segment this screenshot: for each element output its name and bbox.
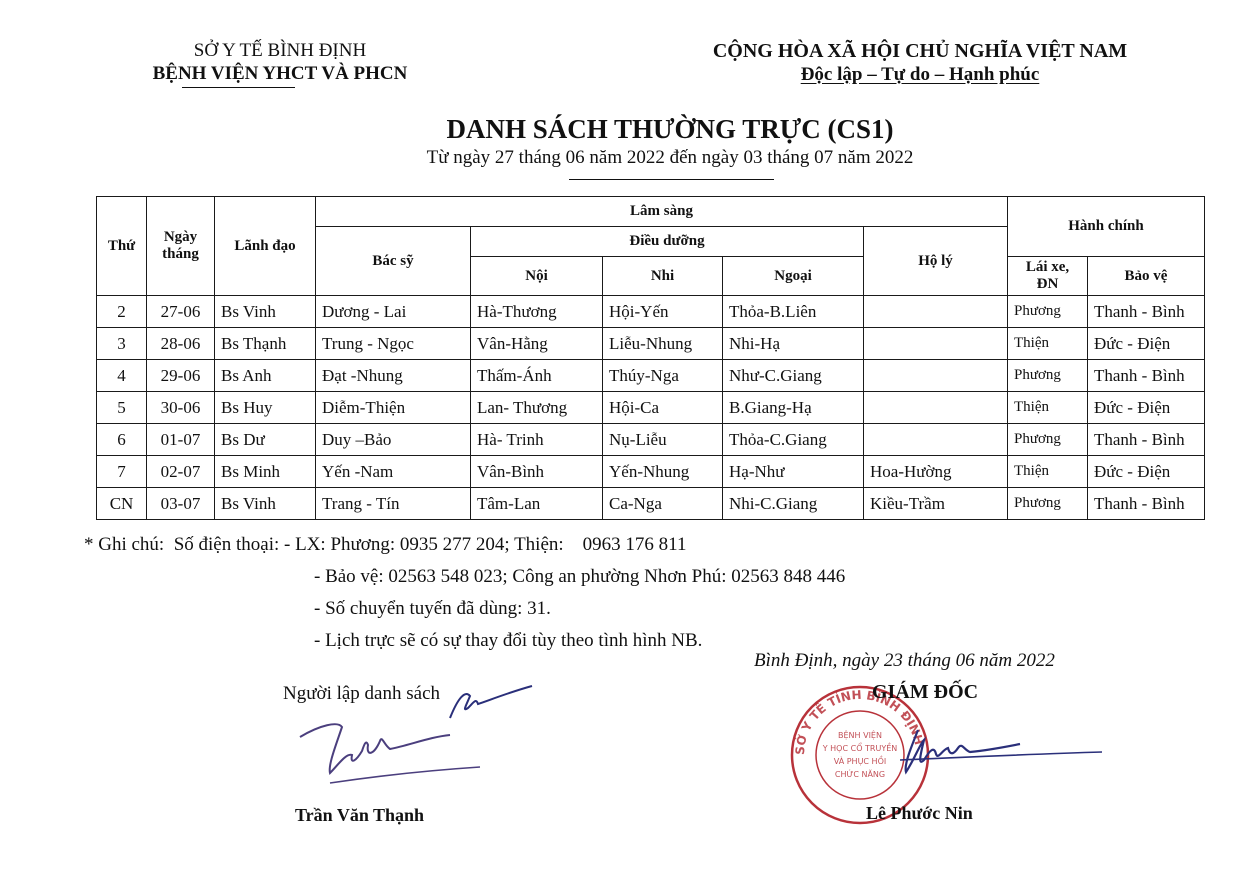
cell-driver: Thiện: [1008, 392, 1088, 424]
title-divider: [569, 179, 774, 180]
cell-driver: Phương: [1008, 296, 1088, 328]
cell-internal: Vân-Bình: [471, 456, 603, 488]
cell-doctor: Đạt -Nhung: [316, 360, 471, 392]
header-driver: Lái xe, ĐN: [1008, 257, 1088, 296]
header-admin: Hành chính: [1008, 197, 1205, 257]
cell-date: 30-06: [147, 392, 215, 424]
notes-section: * Ghi chú: Số điện thoại: - LX: Phương: …: [84, 529, 845, 657]
cell-orderly: [864, 296, 1008, 328]
table-row: 429-06Bs AnhĐạt -NhungThấm-ÁnhThúy-NgaNh…: [97, 360, 1205, 392]
svg-text:CHỨC NĂNG: CHỨC NĂNG: [835, 768, 885, 779]
cell-day: 6: [97, 424, 147, 456]
cell-orderly: [864, 392, 1008, 424]
cell-date: 28-06: [147, 328, 215, 360]
cell-pediatric: Yến-Nhung: [603, 456, 723, 488]
cell-day: CN: [97, 488, 147, 520]
cell-internal: Lan- Thương: [471, 392, 603, 424]
cell-surgical: B.Giang-Hạ: [723, 392, 864, 424]
cell-driver: Phương: [1008, 360, 1088, 392]
cell-doctor: Yến -Nam: [316, 456, 471, 488]
note-schedule-change: - Lịch trực sẽ có sự thay đổi tùy theo t…: [84, 625, 845, 657]
hospital-name: BỆNH VIỆN YHCT VÀ PHCN: [80, 62, 480, 86]
svg-text:VÀ PHỤC HỒI: VÀ PHỤC HỒI: [834, 754, 886, 766]
country-name: CỘNG HÒA XÃ HỘI CHỦ NGHĨA VIỆT NAM: [680, 40, 1160, 63]
director-signature-icon: [890, 720, 1120, 790]
cell-date: 02-07: [147, 456, 215, 488]
director-title: GIÁM ĐỐC: [872, 681, 978, 704]
national-header: CỘNG HÒA XÃ HỘI CHỦ NGHĨA VIỆT NAM Độc l…: [680, 40, 1160, 87]
table-row: 601-07Bs DưDuy –BảoHà- TrinhNụ-LiễuThỏa-…: [97, 424, 1205, 456]
agency-header: SỞ Y TẾ BÌNH ĐỊNH BỆNH VIỆN YHCT VÀ PHCN: [80, 40, 480, 86]
cell-security: Đức - Điện: [1088, 328, 1205, 360]
preparer-signature-icon: [290, 715, 520, 795]
cell-date: 27-06: [147, 296, 215, 328]
cell-surgical: Thỏa-B.Liên: [723, 296, 864, 328]
cell-driver: Thiện: [1008, 456, 1088, 488]
cell-day: 4: [97, 360, 147, 392]
header-surgical: Ngoại: [723, 257, 864, 296]
cell-driver: Phương: [1008, 488, 1088, 520]
cell-doctor: Trang - Tín: [316, 488, 471, 520]
table-row: 328-06Bs ThạnhTrung - NgọcVân-HằngLiễu-N…: [97, 328, 1205, 360]
cell-surgical: Như-C.Giang: [723, 360, 864, 392]
cell-day: 2: [97, 296, 147, 328]
header-orderly: Hộ lý: [864, 227, 1008, 296]
cell-doctor: Dương - Lai: [316, 296, 471, 328]
cell-doctor: Diễm-Thiện: [316, 392, 471, 424]
cell-orderly: [864, 328, 1008, 360]
cell-security: Thanh - Bình: [1088, 424, 1205, 456]
header-nursing: Điều dưỡng: [471, 227, 864, 257]
table-row: 530-06Bs HuyDiễm-ThiệnLan- ThươngHội-CaB…: [97, 392, 1205, 424]
cell-pediatric: Hội-Yến: [603, 296, 723, 328]
cell-leader: Bs Thạnh: [215, 328, 316, 360]
cell-doctor: Trung - Ngọc: [316, 328, 471, 360]
cell-orderly: [864, 360, 1008, 392]
cell-surgical: Nhi-Hạ: [723, 328, 864, 360]
director-name: Lê Phước Nin: [866, 803, 973, 824]
cell-pediatric: Ca-Nga: [603, 488, 723, 520]
cell-day: 3: [97, 328, 147, 360]
cell-security: Thanh - Bình: [1088, 296, 1205, 328]
note-referrals: - Số chuyển tuyến đã dùng: 31.: [84, 593, 845, 625]
table-row: CN03-07Bs VinhTrang - TínTâm-LanCa-NgaNh…: [97, 488, 1205, 520]
cell-doctor: Duy –Bảo: [316, 424, 471, 456]
cell-internal: Hà- Trinh: [471, 424, 603, 456]
preparer-title: Người lập danh sách: [283, 683, 440, 705]
cell-security: Thanh - Bình: [1088, 360, 1205, 392]
cell-security: Thanh - Bình: [1088, 488, 1205, 520]
svg-text:BỆNH VIỆN: BỆNH VIỆN: [838, 729, 882, 741]
place-and-date: Bình Định, ngày 23 tháng 06 năm 2022: [754, 650, 1055, 672]
duty-roster-table: Thứ Ngày tháng Lãnh đạo Lâm sàng Hành ch…: [96, 196, 1205, 520]
date-range: Từ ngày 27 tháng 06 năm 2022 đến ngày 03…: [300, 147, 1040, 169]
cell-leader: Bs Vinh: [215, 296, 316, 328]
cell-orderly: [864, 424, 1008, 456]
cell-day: 5: [97, 392, 147, 424]
header-internal: Nội: [471, 257, 603, 296]
cell-orderly: Hoa-Hường: [864, 456, 1008, 488]
cell-driver: Thiện: [1008, 328, 1088, 360]
cell-leader: Bs Huy: [215, 392, 316, 424]
cell-date: 01-07: [147, 424, 215, 456]
cell-surgical: Hạ-Như: [723, 456, 864, 488]
document-title: DANH SÁCH THƯỜNG TRỰC (CS1): [300, 114, 1040, 145]
header-clinical: Lâm sàng: [316, 197, 1008, 227]
cell-leader: Bs Anh: [215, 360, 316, 392]
table-row: 227-06Bs VinhDương - LaiHà-ThươngHội-Yến…: [97, 296, 1205, 328]
cell-security: Đức - Điện: [1088, 456, 1205, 488]
table-row: 702-07Bs MinhYến -NamVân-BìnhYến-NhungHạ…: [97, 456, 1205, 488]
cell-orderly: Kiều-Trầm: [864, 488, 1008, 520]
cell-driver: Phương: [1008, 424, 1088, 456]
preparer-name: Trần Văn Thạnh: [295, 805, 424, 826]
header-security: Bảo vệ: [1088, 257, 1205, 296]
cell-day: 7: [97, 456, 147, 488]
cell-pediatric: Liễu-Nhung: [603, 328, 723, 360]
cell-security: Đức - Điện: [1088, 392, 1205, 424]
svg-text:Y HỌC CỔ TRUYỀN: Y HỌC CỔ TRUYỀN: [822, 741, 898, 753]
cell-pediatric: Nụ-Liễu: [603, 424, 723, 456]
hospital-underline: [182, 87, 295, 88]
note-phones: * Ghi chú: Số điện thoại: - LX: Phương: …: [84, 529, 845, 561]
header-leader: Lãnh đạo: [215, 197, 316, 296]
header-doctor: Bác sỹ: [316, 227, 471, 296]
cell-internal: Hà-Thương: [471, 296, 603, 328]
cell-surgical: Nhi-C.Giang: [723, 488, 864, 520]
cell-internal: Thấm-Ánh: [471, 360, 603, 392]
cell-date: 29-06: [147, 360, 215, 392]
header-day: Thứ: [97, 197, 147, 296]
note-security-phones: - Bảo vệ: 02563 548 023; Công an phường …: [84, 561, 845, 593]
cell-surgical: Thỏa-C.Giang: [723, 424, 864, 456]
department-name: SỞ Y TẾ BÌNH ĐỊNH: [80, 40, 480, 62]
cell-internal: Tâm-Lan: [471, 488, 603, 520]
cell-pediatric: Hội-Ca: [603, 392, 723, 424]
cell-leader: Bs Dư: [215, 424, 316, 456]
cell-internal: Vân-Hằng: [471, 328, 603, 360]
header-date: Ngày tháng: [147, 197, 215, 296]
cell-date: 03-07: [147, 488, 215, 520]
header-pediatric: Nhi: [603, 257, 723, 296]
cell-leader: Bs Minh: [215, 456, 316, 488]
cell-leader: Bs Vinh: [215, 488, 316, 520]
national-motto: Độc lập – Tự do – Hạnh phúc: [680, 63, 1160, 87]
cell-pediatric: Thúy-Nga: [603, 360, 723, 392]
